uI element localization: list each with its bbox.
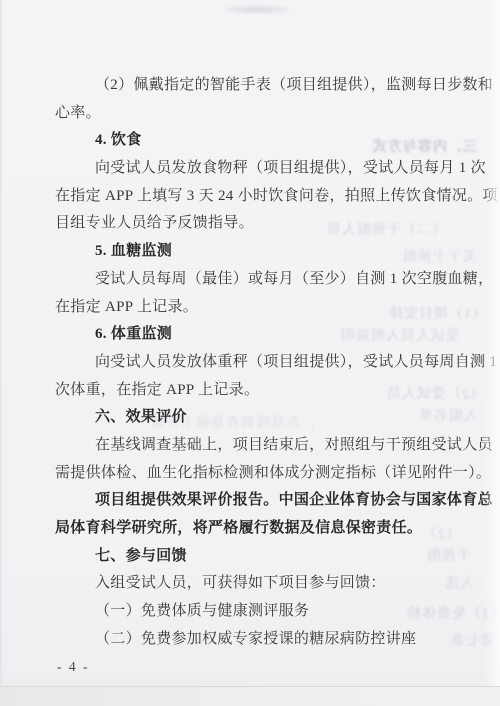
text-line: 局体育科学研究所，将严格履行数据及信息保密责任。 [55, 515, 455, 543]
text-line: 入组受试人员，可获得如下项目参与回馈： [55, 570, 455, 598]
text-line: 在指定 APP 上填写 3 天 24 小时饮食问卷，拍照上传饮食情况。项 [55, 183, 455, 211]
text-line: 目组专业人员给予反馈指导。 [55, 210, 455, 238]
text-line: 受试人员每周（最佳）或每月（至少）自测 1 次空腹血糖， [55, 266, 455, 294]
text-line: 在指定 APP 上记录。 [55, 294, 455, 322]
section-heading-evaluation: 六、效果评价 [55, 404, 455, 432]
text-line: （二）免费参加权威专家授课的糖尿病防控讲座 [55, 626, 455, 654]
text-line: 在基线调查基础上，项目结束后，对照组与干预组受试人员 [55, 432, 455, 460]
scan-background-below-page [0, 686, 500, 705]
text-line: 需提供体检、血生化指标检测和体成分测定指标（详见附件一）。 [55, 460, 455, 488]
text-line: （2）佩戴指定的智能手表（项目组提供），监测每日步数和 [55, 72, 455, 100]
document-content: （2）佩戴指定的智能手表（项目组提供），监测每日步数和 心率。 4. 饮食 向受… [55, 72, 455, 681]
text-line: 项目组提供效果评价报告。中国企业体育协会与国家体育总 [55, 487, 455, 515]
text-line: 向受试人员发放食物秤（项目组提供），受试人员每月 1 次 [55, 155, 455, 183]
scanned-document-page: 三、内容与方式 （二）干预组人员 关于干预组 （1）项目安排 受试人员入组说明 … [0, 0, 500, 686]
section-heading-feedback: 七、参与回馈 [55, 543, 455, 571]
section-heading-weight: 6. 体重监测 [55, 321, 455, 349]
text-line: 心率。 [55, 100, 455, 128]
text-line: （一）免费体质与健康测评服务 [55, 598, 455, 626]
section-heading-blood-glucose: 5. 血糖监测 [55, 238, 455, 266]
text-line: 次体重，在指定 APP 上记录。 [55, 377, 455, 405]
page-right-edge [484, 0, 500, 686]
section-heading-diet: 4. 饮食 [55, 127, 455, 155]
page-left-edge [0, 0, 3, 686]
text-line: 向受试人员发放体重秤（项目组提供），受试人员每周自测 1 [55, 349, 455, 377]
scan-smudge [226, 6, 288, 13]
page-number: - 4 - [55, 653, 455, 681]
